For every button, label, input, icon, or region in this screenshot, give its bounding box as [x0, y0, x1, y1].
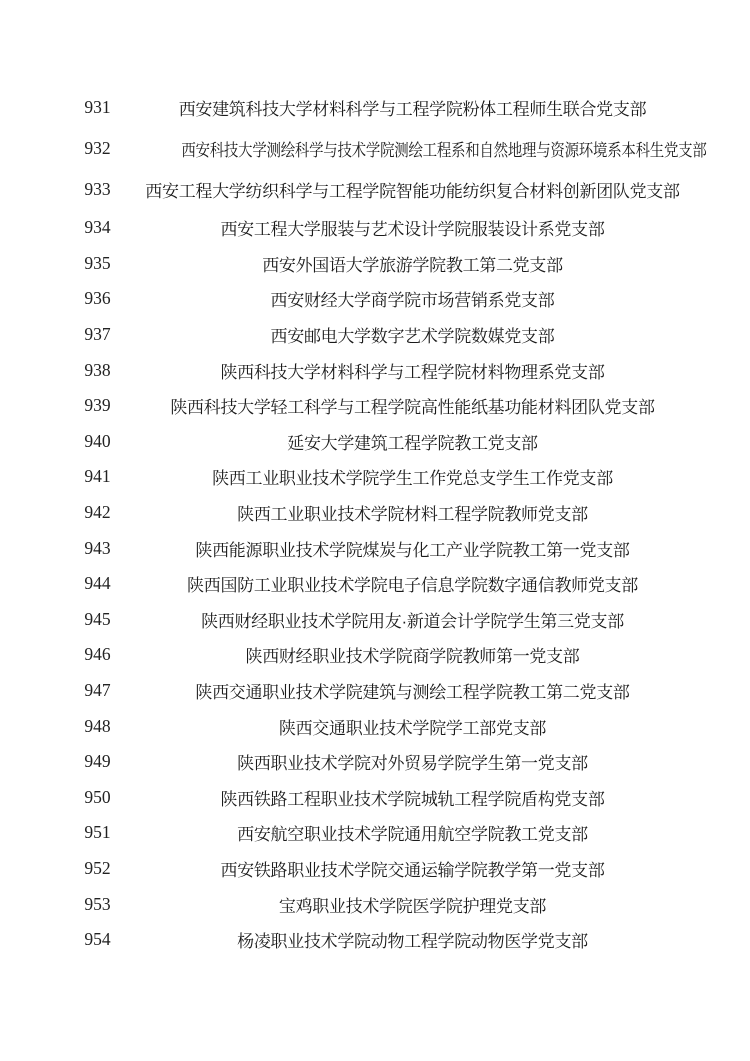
branch-name: 陕西国防工业职业技术学院电子信息学院数字通信教师党支部	[135, 571, 690, 596]
table-row: 945 陕西财经职业技术学院用友·新道会计学院学生第三党支部	[60, 602, 690, 638]
table-row: 931 西安建筑科技大学材料科学与工程学院粉体工程师生联合党支部	[60, 87, 690, 128]
table-row: 941 陕西工业职业技术学院学生工作党总支学生工作党支部	[60, 459, 690, 495]
branch-name: 西安财经大学商学院市场营销系党支部	[135, 286, 690, 311]
row-number: 954	[60, 929, 135, 950]
branch-name: 西安工程大学纺织科学与工程学院智能功能纺织复合材料创新团队党支部	[135, 177, 690, 202]
branch-name: 西安外国语大学旅游学院教工第二党支部	[135, 251, 690, 276]
branch-name: 西安科技大学测绘科学与技术学院测绘工程系和自然地理与资源环境系本科生党支部	[181, 136, 706, 161]
branch-name: 陕西铁路工程职业技术学院城轨工程学院盾构党支部	[135, 785, 690, 810]
row-number: 940	[60, 431, 135, 452]
row-number: 949	[60, 751, 135, 772]
row-number: 944	[60, 573, 135, 594]
table-row: 942 陕西工业职业技术学院材料工程学院教师党支部	[60, 495, 690, 531]
row-number: 943	[60, 538, 135, 559]
table-row: 940 延安大学建筑工程学院教工党支部	[60, 424, 690, 460]
branch-name: 陕西工业职业技术学院学生工作党总支学生工作党支部	[135, 464, 690, 489]
table-row: 953 宝鸡职业技术学院医学院护理党支部	[60, 886, 690, 922]
branch-name: 西安铁路职业技术学院交通运输学院教学第一党支部	[135, 856, 690, 881]
table-row: 951 西安航空职业技术学院通用航空学院教工党支部	[60, 815, 690, 851]
table-row: 947 陕西交通职业技术学院建筑与测绘工程学院教工第二党支部	[60, 673, 690, 709]
table-row: 936 西安财经大学商学院市场营销系党支部	[60, 281, 690, 317]
branch-name: 陕西科技大学材料科学与工程学院材料物理系党支部	[135, 358, 690, 383]
branch-name: 延安大学建筑工程学院教工党支部	[135, 429, 690, 454]
row-number: 951	[60, 822, 135, 843]
row-number: 937	[60, 324, 135, 345]
table-row: 948 陕西交通职业技术学院学工部党支部	[60, 708, 690, 744]
row-number: 946	[60, 644, 135, 665]
table-row: 952 西安铁路职业技术学院交通运输学院教学第一党支部	[60, 851, 690, 887]
table-row: 932 西安科技大学测绘科学与技术学院测绘工程系和自然地理与资源环境系本科生党支…	[60, 128, 690, 169]
row-number: 952	[60, 858, 135, 879]
branch-list: 931 西安建筑科技大学材料科学与工程学院粉体工程师生联合党支部 932 西安科…	[60, 87, 690, 957]
branch-name: 陕西财经职业技术学院用友·新道会计学院学生第三党支部	[135, 607, 690, 632]
branch-name: 杨凌职业技术学院动物工程学院动物医学党支部	[135, 927, 690, 952]
row-number: 932	[60, 138, 135, 159]
row-number: 947	[60, 680, 135, 701]
row-number: 935	[60, 253, 135, 274]
row-number: 945	[60, 609, 135, 630]
row-number: 931	[60, 97, 135, 118]
row-number: 942	[60, 502, 135, 523]
table-row: 935 西安外国语大学旅游学院教工第二党支部	[60, 246, 690, 282]
branch-name: 陕西交通职业技术学院建筑与测绘工程学院教工第二党支部	[135, 678, 690, 703]
branch-name: 西安建筑科技大学材料科学与工程学院粉体工程师生联合党支部	[135, 95, 690, 120]
table-row: 949 陕西职业技术学院对外贸易学院学生第一党支部	[60, 744, 690, 780]
row-number: 936	[60, 288, 135, 309]
table-row: 943 陕西能源职业技术学院煤炭与化工产业学院教工第一党支部	[60, 530, 690, 566]
table-row: 933 西安工程大学纺织科学与工程学院智能功能纺织复合材料创新团队党支部	[60, 169, 690, 210]
branch-name: 西安航空职业技术学院通用航空学院教工党支部	[135, 820, 690, 845]
branch-name: 陕西能源职业技术学院煤炭与化工产业学院教工第一党支部	[135, 536, 690, 561]
row-number: 953	[60, 894, 135, 915]
row-number: 933	[60, 179, 135, 200]
table-row: 946 陕西财经职业技术学院商学院教师第一党支部	[60, 637, 690, 673]
table-row: 937 西安邮电大学数字艺术学院数媒党支部	[60, 317, 690, 353]
branch-name: 西安邮电大学数字艺术学院数媒党支部	[135, 322, 690, 347]
row-number: 941	[60, 466, 135, 487]
row-number: 950	[60, 787, 135, 808]
branch-name: 陕西职业技术学院对外贸易学院学生第一党支部	[135, 749, 690, 774]
branch-name: 陕西财经职业技术学院商学院教师第一党支部	[135, 642, 690, 667]
branch-name: 陕西交通职业技术学院学工部党支部	[135, 714, 690, 739]
row-number: 948	[60, 716, 135, 737]
row-number: 939	[60, 395, 135, 416]
document-page: 931 西安建筑科技大学材料科学与工程学院粉体工程师生联合党支部 932 西安科…	[0, 0, 750, 1061]
table-row: 954 杨凌职业技术学院动物工程学院动物医学党支部	[60, 922, 690, 958]
table-row: 944 陕西国防工业职业技术学院电子信息学院数字通信教师党支部	[60, 566, 690, 602]
branch-name: 西安工程大学服装与艺术设计学院服装设计系党支部	[135, 215, 690, 240]
branch-name: 陕西科技大学轻工科学与工程学院高性能纸基功能材料团队党支部	[135, 393, 690, 418]
table-row: 938 陕西科技大学材料科学与工程学院材料物理系党支部	[60, 352, 690, 388]
row-number: 934	[60, 217, 135, 238]
table-row: 934 西安工程大学服装与艺术设计学院服装设计系党支部	[60, 210, 690, 246]
branch-name: 宝鸡职业技术学院医学院护理党支部	[135, 892, 690, 917]
table-row: 950 陕西铁路工程职业技术学院城轨工程学院盾构党支部	[60, 780, 690, 816]
branch-name: 陕西工业职业技术学院材料工程学院教师党支部	[135, 500, 690, 525]
table-row: 939 陕西科技大学轻工科学与工程学院高性能纸基功能材料团队党支部	[60, 388, 690, 424]
row-number: 938	[60, 360, 135, 381]
